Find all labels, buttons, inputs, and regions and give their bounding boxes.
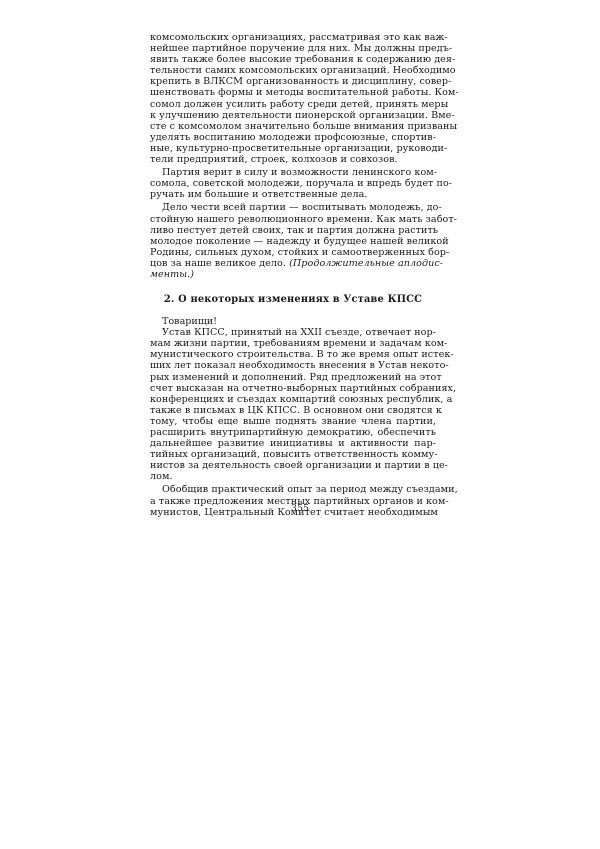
applause-remark: (Продолжительные аплодис- xyxy=(289,258,443,269)
page-number: 355 xyxy=(0,503,600,514)
text-line: ливо пестует детей своих, так и партия д… xyxy=(150,225,436,236)
text-run: цов за наше великое дело. xyxy=(150,258,289,269)
text-line: цов за наше великое дело. (Продолжительн… xyxy=(150,258,436,269)
text-line: нейшее партийное поручение для них. Мы д… xyxy=(150,43,436,54)
text-line: дальнейшее развитие инициативы и активно… xyxy=(150,438,436,449)
text-line: нистов за деятельность своей организации… xyxy=(150,460,436,471)
text-line: тельности самих комсомольских организаци… xyxy=(150,65,436,76)
text-line: счет высказан на отчетно-выборных партий… xyxy=(150,383,436,394)
paragraph: Партия верит в силу и возможности ленинс… xyxy=(150,167,436,200)
text-line: лом. xyxy=(150,471,436,482)
text-line: Дело чести всей партии — воспитывать мол… xyxy=(150,202,436,213)
text-line: явить также более высокие требования к с… xyxy=(150,54,436,65)
text-line: стойную нашего революционного времени. К… xyxy=(150,214,436,225)
text-line: тели предприятий, строек, колхозов и сов… xyxy=(150,154,436,165)
text-line: сомол должен усилить работу среди детей,… xyxy=(150,99,436,110)
text-line: ные, культурно-просветительные организац… xyxy=(150,143,436,154)
text-line: крепить в ВЛКСМ организованность и дисци… xyxy=(150,76,436,87)
text-line: сте с комсомолом значительно больше вним… xyxy=(150,121,436,132)
paragraph: Дело чести всей партии — воспитывать мол… xyxy=(150,202,436,280)
text-line: к улучшению деятельности пионерской орга… xyxy=(150,110,436,121)
text-line: комсомольских организациях, рассматривая… xyxy=(150,32,436,43)
text-line: Родины, сильных духом, стойких и самоотв… xyxy=(150,247,436,258)
paragraph: комсомольских организациях, рассматривая… xyxy=(150,32,436,165)
paragraph: Устав КПСС, принятый на XXII съезде, отв… xyxy=(150,327,436,482)
page-text-block: комсомольских организациях, рассматривая… xyxy=(150,32,436,518)
text-line: сомола, советской молодежи, поручала и в… xyxy=(150,178,436,189)
text-line: мунистического строительства. В то же вр… xyxy=(150,349,436,360)
text-line: тийных организаций, повысить ответственн… xyxy=(150,449,436,460)
text-line: расширить внутрипартийную демократию, об… xyxy=(150,427,436,438)
text-line: Обобщив практический опыт за период межд… xyxy=(150,484,436,495)
text-line: ручать им большие и ответственные дела. xyxy=(150,189,436,200)
text-line: молодое поколение — надежду и будущее на… xyxy=(150,236,436,247)
text-line: тому, чтобы еще выше поднять звание член… xyxy=(150,416,436,427)
applause-remark: менты.) xyxy=(150,269,436,280)
salutation: Товарищи! xyxy=(150,316,436,327)
text-line: конференциях и съездах компартий союзных… xyxy=(150,394,436,405)
text-line: Устав КПСС, принятый на XXII съезде, отв… xyxy=(150,327,436,338)
text-line: шенствовать формы и методы воспитательно… xyxy=(150,87,436,98)
section-heading: 2. О некоторых изменениях в Уставе КПСС xyxy=(150,294,436,306)
text-line: также в письмах в ЦК КПСС. В основном он… xyxy=(150,405,436,416)
text-line: Партия верит в силу и возможности ленинс… xyxy=(150,167,436,178)
text-line: уделять воспитанию молодежи профсоюзные,… xyxy=(150,132,436,143)
text-line: мам жизни партии, требованиям времени и … xyxy=(150,338,436,349)
text-line: рых изменений и дополнений. Ряд предложе… xyxy=(150,372,436,383)
text-line: ших лет показал необходимость внесения в… xyxy=(150,360,436,371)
